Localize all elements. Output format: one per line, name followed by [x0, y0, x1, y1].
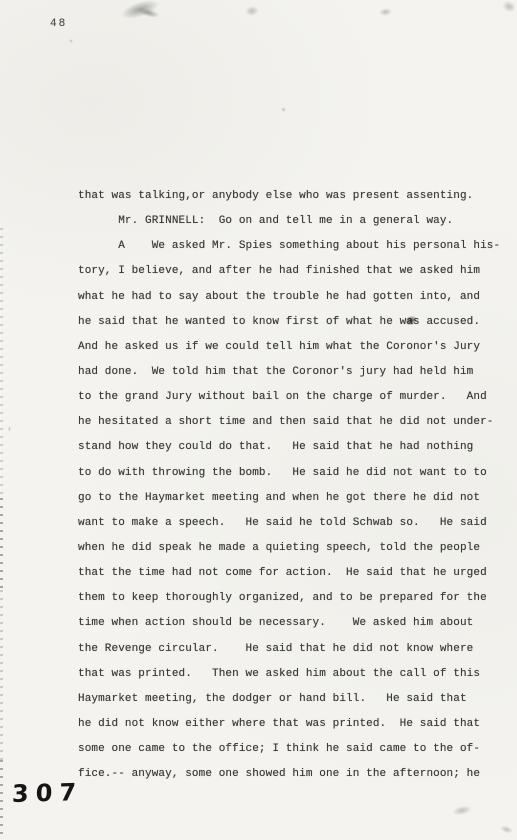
page-number-top: 48: [50, 18, 67, 30]
ink-smudge: [379, 7, 393, 17]
transcript-line: that was printed. Then we asked him abou…: [78, 662, 498, 687]
transcript-line: go to the Haymarket meeting and when he …: [78, 486, 498, 511]
ink-speck: [69, 39, 73, 43]
transcript-line: to the grand Jury without bail on the ch…: [78, 385, 498, 410]
transcript-line: to do with throwing the bomb. He said he…: [78, 461, 498, 486]
transcript-line: that was talking,or anybody else who was…: [78, 184, 498, 209]
ink-speck: [8, 426, 11, 432]
transcript-line: And he asked us if we could tell him wha…: [78, 335, 498, 360]
transcript-line: them to keep thoroughly organized, and t…: [78, 586, 498, 611]
ink-smudge: [500, 0, 517, 14]
transcript-line: the Revenge circular. He said that he di…: [78, 637, 498, 662]
ink-smudge: [244, 5, 260, 17]
page-number-bottom-handwritten: 307: [12, 778, 84, 808]
transcript-line: want to make a speech. He said he told S…: [78, 511, 498, 536]
transcript-line: A We asked Mr. Spies something about his…: [78, 234, 498, 259]
ink-smudge: [119, 0, 162, 23]
transcript-line: Haymarket meeting, the dodger or hand bi…: [78, 687, 498, 712]
scan-edge-artifact: [0, 590, 3, 760]
transcript-line: time when action should be necessary. We…: [78, 611, 498, 636]
transcript-line: when he did speak he made a quieting spe…: [78, 536, 498, 561]
ink-speck: [281, 107, 286, 112]
transcript-line: he hesitated a short time and then said …: [78, 410, 498, 435]
ink-smudge: [499, 824, 514, 835]
transcript-text-block: that was talking,or anybody else who was…: [78, 184, 498, 787]
transcript-line: had done. We told him that the Coronor's…: [78, 360, 498, 385]
scan-edge-artifact: [0, 760, 3, 840]
scanned-transcript-page: 48 that was talking,or anybody else who …: [0, 0, 517, 840]
transcript-line: he said that he wanted to know first of …: [78, 310, 498, 335]
ink-smudge: [451, 804, 472, 817]
transcript-line: what he had to say about the trouble he …: [78, 285, 498, 310]
transcript-line: fice.-- anyway, some one showed him one …: [78, 762, 498, 787]
transcript-line: he did not know either where that was pr…: [78, 712, 498, 737]
transcript-line: that the time had not come for action. H…: [78, 561, 498, 586]
transcript-line: some one came to the office; I think he …: [78, 737, 498, 762]
transcript-line: Mr. GRINNELL: Go on and tell me in a gen…: [78, 209, 498, 234]
scan-edge-artifact: [0, 498, 3, 590]
transcript-line: stand how they could do that. He said th…: [78, 435, 498, 460]
scan-edge-artifact: [0, 228, 3, 498]
transcript-line: tory, I believe, and after he had finish…: [78, 259, 498, 284]
ink-smudge: [137, 6, 160, 19]
